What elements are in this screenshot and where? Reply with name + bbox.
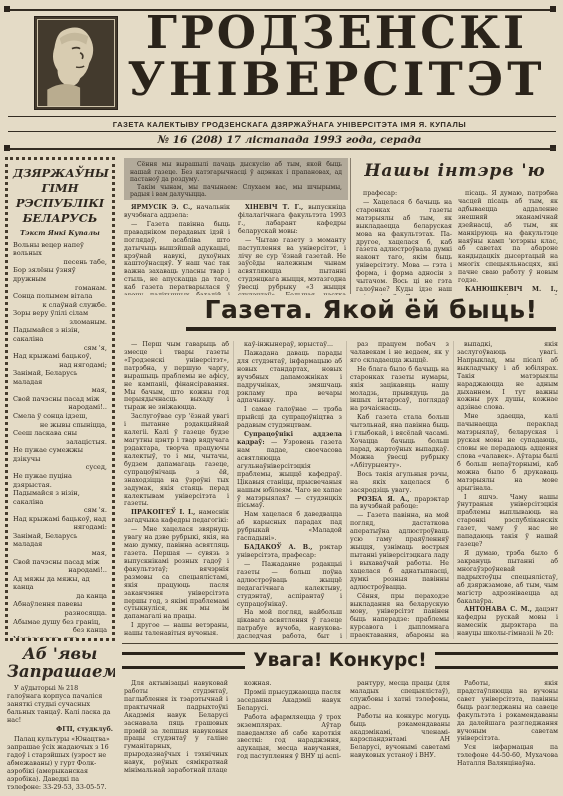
- article-paragraph: БАДАКОЎ А. В., рэктар універсітэта, праф…: [237, 544, 342, 560]
- article-paragraph: АНТОНАВА С. М., дацэнт кафедры рускай мо…: [457, 606, 558, 638]
- article-paragraph: — Перш чым гаварыць аб змесце і твары га…: [124, 341, 229, 412]
- article-paragraph: І яшчэ. Чаму нашы ўнутраныя універсітэцк…: [457, 494, 558, 549]
- founder-portrait-image: [34, 16, 118, 110]
- intro-paragraph: Такім чынам, мы пачынаем: Слухаем вас, м…: [130, 184, 342, 199]
- contest-heading-row: Увага! Конкурс!: [122, 650, 558, 671]
- article-top-column-2: ХІНЕВІЧ Т. Г., выпускніца філалагічнага …: [238, 204, 346, 295]
- article-paragraph: — Газета павінна, на мой погляд, дастатк…: [350, 512, 449, 591]
- article-paragraph: І другое — нашы ветэраны, нашы таленавіт…: [124, 622, 229, 638]
- contest-paragraph: Для актывізацыі навуковай работы студэнт…: [124, 680, 228, 775]
- newspaper-subtitle: ГАЗЕТА КАЛЕКТЫВУ ГРОДЗЕНСКАГА ДЗЯРЖАЎНАГ…: [30, 120, 549, 129]
- announcements-section: Аб 'явы Запрашаем! У аўдыторыі № 218 гал…: [5, 646, 115, 794]
- contest-paragraph: Работа афармляецца ў трох экземплярах. А…: [237, 714, 341, 762]
- contest-column-2: кожная.Прэміі прысуджаюцца пасля заседан…: [237, 680, 341, 792]
- article-paragraph: ХІНЕВІЧ Т. Г., выпускніца філалагічнага …: [238, 204, 346, 236]
- anthem-title: ДЗЯРЖАЎНЫ ГІМН РЭСПУБЛІКІ БЕЛАРУСЬ: [13, 166, 107, 226]
- contest-paragraph: рантуру, месца працы (для маладых спецыя…: [350, 680, 450, 712]
- article-top-column-1: ЯРМУСІК Э. С., начальнік вучэбнага аддзе…: [124, 204, 230, 295]
- article-paragraph: РОЗБА Я. А., прарэктар па вучэбнай рабоц…: [350, 496, 449, 512]
- column-divider: [346, 341, 347, 639]
- poem-line: Сееш ласкава снызалацістыя.: [13, 429, 107, 446]
- masthead-bottom-rule: [8, 148, 556, 150]
- poem-line: Маці-радасць, што лепшымднём родзіцца.: [13, 635, 107, 641]
- article-paragraph: раз працуем побач з чалавекам і не ведае…: [350, 341, 449, 365]
- poem-line: Падымайся з нізін, сакалінасям 'я,: [13, 326, 107, 352]
- poem-line: Свой пачэсны пасад міжнародамі!..: [13, 558, 107, 575]
- subtitle-rule-bottom: [8, 131, 556, 132]
- title-line-2: УНІВЕРСІТЭТ: [118, 56, 555, 103]
- article-paragraph: прафесар:: [356, 190, 452, 198]
- anthem-poem: Вольны вецер напеў вольныхпесень табе, Б…: [13, 241, 107, 641]
- main-headline: Газета. Якой ёй быць!: [182, 297, 560, 322]
- article-column-2: каў-інжынераў, юрыстаў...Пажадана даваць…: [237, 341, 342, 639]
- announcement-paragraph: Палац культуры «Юнацтва» запрашае ўсіх ж…: [7, 735, 113, 791]
- newspaper-page: ГРОДЗЕНСКІ УНІВЕРСІТЭТ ГАЗЕТА КАЛЕКТЫВУ …: [0, 0, 563, 796]
- article-paragraph: Супрацоўнікі аддзела кадраў: — Узровень …: [237, 431, 342, 510]
- anthem-box: ДЗЯРЖАЎНЫ ГІМН РЭСПУБЛІКІ БЕЛАРУСЬ Тэкст…: [5, 157, 115, 641]
- article-paragraph: — Чытаю газету з моманту паступлення ва …: [238, 237, 346, 295]
- poem-line: Занімай, Беларусь маладаямая,: [13, 369, 107, 395]
- column-divider: [233, 341, 234, 639]
- article-paragraph: — Мне хацелася звярнуць увагу на дзве ру…: [124, 526, 229, 621]
- heading-flank-bars: [435, 652, 558, 669]
- poem-line: Над крыжамі бацькоў, наднягодамі:: [13, 515, 107, 532]
- article-paragraph: Каб газета стала больш чытэльнай, яна па…: [350, 414, 449, 469]
- poem-line: Абымае душу без граніц,без канца: [13, 618, 107, 635]
- poem-line: Вольны вецер напеў вольныхпесень табе,: [13, 241, 107, 267]
- article-paragraph: — Газета павінна быць правадніком перада…: [124, 221, 230, 295]
- announcement-signature: ФГП, студклуб.: [7, 725, 113, 733]
- poem-line: Занімай, Беларусь маладаямая,: [13, 532, 107, 558]
- column-divider: [453, 341, 454, 639]
- article-paragraph: І самае галоўнае — трэба прыйсці да супр…: [237, 406, 342, 430]
- poem-line: Свой пачэсны пасад міжнародамі!..: [13, 395, 107, 412]
- title-line-1: ГРОДЗЕНСКІ: [118, 10, 555, 56]
- article-paragraph: Заслугоўвае сур 'ёзнай увагі і пытанне р…: [124, 413, 229, 508]
- poem-line: Падымайся з нізін, сакалінасям 'я.: [13, 489, 107, 515]
- contest-paragraph: Работы, якія прадстаўляюцца на вучоны са…: [457, 680, 558, 743]
- contest-paragraph: Уся інфармацыя па тэлефоне 44-50-60, Мух…: [457, 744, 558, 768]
- issue-date-line: № 16 (208) 17 лістапада 1993 года, серад…: [30, 134, 549, 146]
- article-top-column-3: прафесар:— Хацелася б бачыць на старонка…: [356, 190, 452, 295]
- article-column-4: выпадкі, якія заслугоўваюць увагі. Напры…: [457, 341, 558, 639]
- contest-column-1: Для актывізацыі навуковай работы студэнт…: [124, 680, 228, 792]
- contest-headline: Увага! Конкурс!: [245, 650, 434, 671]
- article-paragraph: ЯРМУСІК Э. С., начальнік вучэбнага аддзе…: [124, 204, 230, 220]
- headline-underline: [186, 327, 556, 331]
- poem-line: Не пужае пуціна дзярыстая.: [13, 472, 107, 489]
- article-column-1: — Перш чым гаварыць аб змесце і твары га…: [124, 341, 229, 639]
- interview-section-label: Нашы інтэрв 'ю: [352, 161, 558, 181]
- article-paragraph: КАНЮШКЕВІЧ М. І., загадчык кафедры руска…: [458, 286, 558, 295]
- article-paragraph: Нам хацелася б даведвацца аб карысных па…: [237, 511, 342, 543]
- contest-paragraph: Прэміі прысуджаюцца пасля заседання Акад…: [237, 689, 341, 713]
- column-divider: [350, 158, 351, 294]
- article-paragraph: Мне здаецца, калі пачынаецца пераклад ма…: [457, 413, 558, 492]
- article-paragraph: каў-інжынераў, юрыстаў...: [237, 341, 342, 349]
- poem-line: Ад мяжы да мяжы, ад канцада канца: [13, 575, 107, 601]
- article-paragraph: Вось такія агульныя рэчы, на якіх хацела…: [350, 471, 449, 495]
- contest-top-rule: [122, 643, 558, 644]
- article-top-column-4: пісаць. Я думаю, патрэбна часцей пісаць …: [458, 190, 558, 295]
- article-paragraph: — Пажаданне рэдакцыі газеты — больш поўн…: [237, 561, 342, 609]
- poem-line: Абнаўлення павевыразносяцца.: [13, 600, 107, 617]
- newspaper-title: ГРОДЗЕНСКІ УНІВЕРСІТЭТ: [118, 10, 555, 103]
- poem-line: Над крыжамі бацькоў,над нягодамі;: [13, 352, 107, 369]
- article-paragraph: Пажадана даваць парады для студэнтаў, ін…: [237, 350, 342, 405]
- poem-line: Зоры веру ўлілі сіламзломаным.: [13, 309, 107, 326]
- contest-paragraph: Работы на конкурс могуць быць рэкамендав…: [350, 713, 450, 761]
- article-paragraph: Я думаю, трэба было б закрануць пытанні …: [457, 550, 558, 605]
- article-paragraph: выпадкі, якія заслугоўваюць увагі. Напры…: [457, 341, 558, 412]
- contest-column-3: рантуру, месца працы (для маладых спецыя…: [350, 680, 450, 792]
- poem-line: Сонца полымем віталак слаўнай службе.: [13, 292, 107, 309]
- anthem-credit: Тэкст Янкі Купалы: [13, 229, 107, 237]
- article-column-3: раз працуем побач з чалавекам і не ведае…: [350, 341, 449, 639]
- contest-paragraph: кожная.: [237, 680, 341, 688]
- article-paragraph: На мой погляд, найбольш цікавага асвятле…: [237, 609, 342, 639]
- article-paragraph: ПРАКОП'ЕЎ І. І., намеснік загадчыка кафе…: [124, 509, 229, 525]
- discussion-intro-box: Сёння мы вырашылі пачаць дыскусію аб тым…: [124, 158, 348, 200]
- article-paragraph: пісаць. Я думаю, патрэбна часцей пісаць …: [458, 190, 558, 285]
- announcements-title: Запрашаем!: [7, 663, 113, 681]
- poem-line: Бор зялёны ўзняў дружнымгоманам.: [13, 266, 107, 292]
- corner-mark: [4, 6, 10, 12]
- article-paragraph: Сёння, пры пераходзе выкладання на белар…: [350, 593, 449, 639]
- heading-flank-bars: [122, 652, 245, 669]
- intro-paragraph: Сёння мы вырашылі пачаць дыскусію аб тым…: [130, 161, 342, 184]
- subtitle-rule-top: [8, 116, 556, 117]
- partrait-yanki-kupaly-icon: [35, 17, 117, 109]
- poem-line: Смела ў сонца ідзеш,не жывы спыніцца,: [13, 412, 107, 429]
- announcements-kicker: Аб 'явы: [7, 646, 113, 663]
- article-paragraph: Не блага было б бачыць на старонках газе…: [350, 366, 449, 414]
- announcement-paragraph: У аўдыторыі № 218 галоўнага корпуса пача…: [7, 684, 113, 724]
- article-paragraph: — Хацелася б бачыць на старонках газеты …: [356, 199, 452, 295]
- poem-line: Не пужае сумежжы дзікучысусед,: [13, 446, 107, 472]
- contest-column-4: Работы, якія прадстаўляюцца на вучоны са…: [457, 680, 558, 792]
